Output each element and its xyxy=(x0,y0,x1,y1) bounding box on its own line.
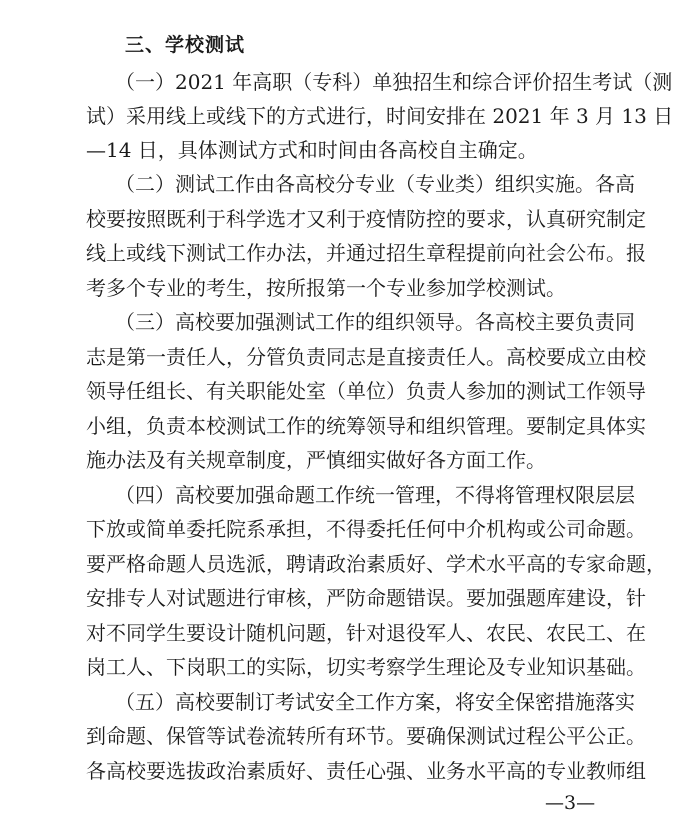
paragraph-4-line-3: 要严格命题人员选派，聘请政治素质好、学术水平高的专家命题， xyxy=(86,552,613,576)
paragraph-5-line-3: 各高校要选拔政治素质好、责任心强、业务水平高的专业教师组 xyxy=(86,759,613,783)
paragraph-3-line-4: 小组，负责本校测试工作的统筹领导和组织管理。要制定具体实 xyxy=(86,414,613,438)
paragraph-3-line-3: 领导任组长、有关职能处室（单位）负责人参加的测试工作领导 xyxy=(86,379,613,403)
paragraph-1-line-3: —14 日，具体测试方式和时间由各高校自主确定。 xyxy=(86,138,613,162)
page-number: —3— xyxy=(545,792,595,814)
section-heading: 三、学校测试 xyxy=(125,30,245,57)
paragraph-4-line-2: 下放或简单委托院系承担，不得委托任何中介机构或公司命题。 xyxy=(86,517,613,541)
paragraph-2-line-2: 校要按照既利于科学选才又利于疫情防控的要求，认真研究制定 xyxy=(86,207,613,231)
paragraph-5-line-2: 到命题、保管等试卷流转所有环节。要确保测试过程公平公正。 xyxy=(86,724,613,748)
document-page: 三、学校测试 （一）2021 年高职（专科）单独招生和综合评价招生考试（测 试）… xyxy=(0,0,689,826)
paragraph-4-line-6: 岗工人、下岗职工的实际，切实考察学生理论及专业知识基础。 xyxy=(86,655,613,679)
paragraph-4-line-5: 对不同学生要设计随机问题，针对退役军人、农民、农民工、在 xyxy=(86,621,613,645)
paragraph-1-line-2: 试）采用线上或线下的方式进行，时间安排在 2021 年 3 月 13 日 xyxy=(86,104,613,128)
paragraph-4-line-1: （四）高校要加强命题工作统一管理，不得将管理权限层层 xyxy=(115,483,613,507)
paragraph-5-line-1: （五）高校要制订考试安全工作方案，将安全保密措施落实 xyxy=(115,690,613,714)
paragraph-3-line-1: （三）高校要加强测试工作的组织领导。各高校主要负责同 xyxy=(115,310,613,334)
paragraph-1-line-1: （一）2021 年高职（专科）单独招生和综合评价招生考试（测 xyxy=(115,70,613,94)
paragraph-2-line-3: 线上或线下测试工作办法，并通过招生章程提前向社会公布。报 xyxy=(86,241,613,265)
paragraph-2-line-4: 考多个专业的考生，按所报第一个专业参加学校测试。 xyxy=(86,276,613,300)
paragraph-3-line-2: 志是第一责任人，分管负责同志是直接责任人。高校要成立由校 xyxy=(86,345,613,369)
paragraph-3-line-5: 施办法及有关规章制度，严慎细实做好各方面工作。 xyxy=(86,448,613,472)
paragraph-4-line-4: 安排专人对试题进行审核，严防命题错误。要加强题库建设，针 xyxy=(86,586,613,610)
paragraph-2-line-1: （二）测试工作由各高校分专业（专业类）组织实施。各高 xyxy=(115,172,613,196)
